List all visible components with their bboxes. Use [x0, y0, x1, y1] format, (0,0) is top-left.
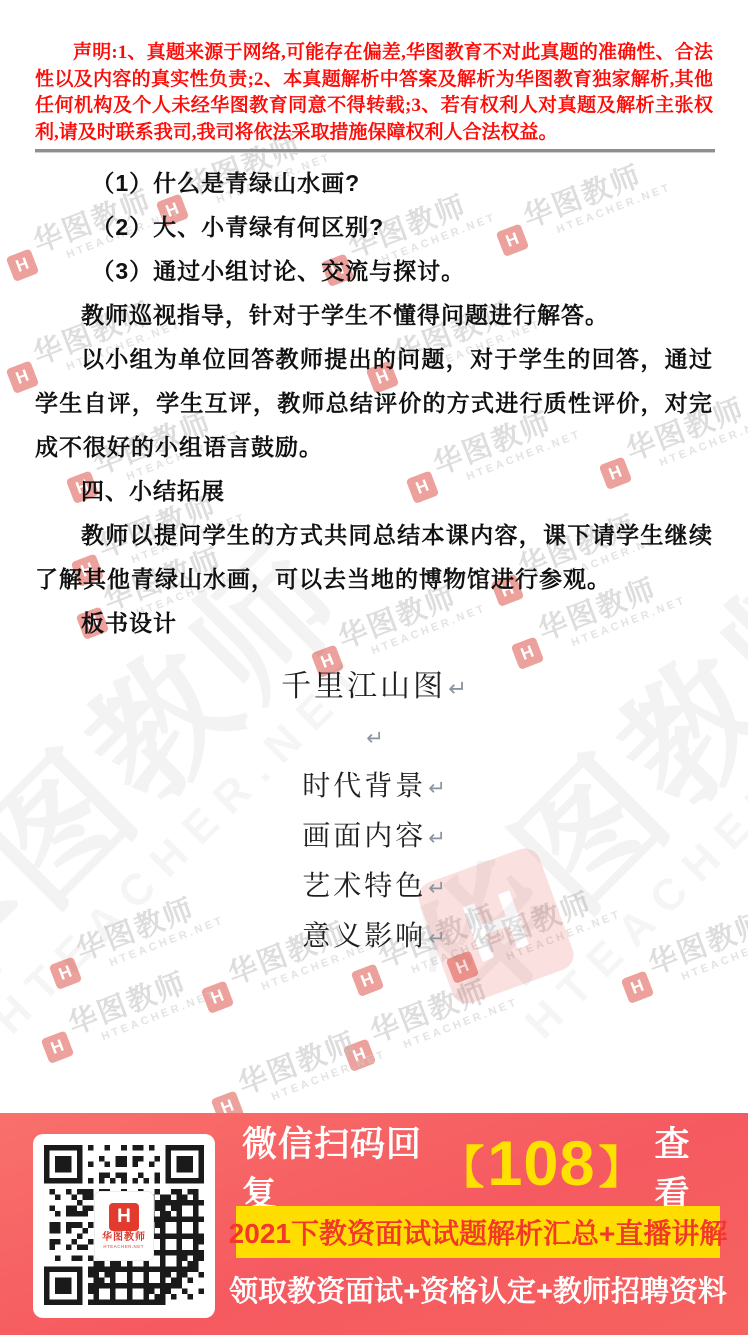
watermark-brand: 华图教师 — [235, 1020, 384, 1100]
board-blank-line: ↵ — [0, 712, 748, 762]
return-mark-icon: ↵ — [428, 776, 446, 800]
board-item: 意义影响↵ — [0, 912, 748, 962]
watermark-site: HTEACHER.NET — [270, 1049, 388, 1103]
return-mark-icon: ↵ — [428, 926, 446, 950]
document-page: H华图教师HTEACHER.NETH华图教师HTEACHER.NETH华图教师H… — [0, 0, 748, 1335]
board-item: 时代背景↵ — [0, 762, 748, 812]
view-text: 查看 — [655, 1117, 720, 1217]
return-mark-icon: ↵ — [366, 726, 384, 750]
watermark-site: HTEACHER.NET — [100, 989, 218, 1043]
watermark-site: HTEACHER.NET — [402, 997, 520, 1051]
blackboard-design: 千里江山图↵ ↵ 时代背景↵ 画面内容↵ 艺术特色↵ 意义影响↵ — [0, 662, 748, 962]
return-mark-icon: ↵ — [428, 826, 446, 850]
watermark: H华图教师HTEACHER.NET — [337, 968, 520, 1072]
board-item-text: 艺术特色 — [302, 871, 426, 902]
banner-line-1: 微信扫码回复 【 108 】 查看 — [242, 1135, 720, 1199]
return-mark-icon: ↵ — [448, 676, 467, 702]
section-divider — [35, 149, 715, 153]
watermark: H华图教师HTEACHER.NET — [205, 1020, 388, 1124]
board-item-text: 意义影响 — [302, 921, 426, 952]
bracket-open: 【 — [439, 1145, 484, 1190]
watermark-logo-icon: H — [621, 970, 655, 1004]
watermark-logo-icon: H — [351, 963, 385, 997]
watermark: H华图教师HTEACHER.NET — [35, 960, 218, 1064]
board-title: 千里江山图↵ — [0, 662, 748, 712]
bracket-close: 】 — [599, 1145, 644, 1190]
huatu-logo-icon: H — [109, 1203, 139, 1231]
question-item-3: （3）通过小组讨论、交流与探讨。 — [35, 249, 713, 293]
qr-center-badge: H 华图教师 HTEACHER.NET — [94, 1191, 154, 1261]
board-item: 艺术特色↵ — [0, 862, 748, 912]
paragraph-guidance: 教师巡视指导，针对于学生不懂得问题进行解答。 — [35, 293, 713, 337]
disclaimer-body: 1、真题来源于网络,可能存在偏差,华图教育不对此真题的准确性、合法性以及内容的真… — [35, 42, 713, 143]
question-item-2: （2）大、小青绿有何区别? — [35, 205, 713, 249]
lesson-content: （1）什么是青绿山水画? （2）大、小青绿有何区别? （3）通过小组讨论、交流与… — [35, 161, 713, 645]
watermark-logo-icon: H — [201, 980, 235, 1014]
watermark-brand: 华图教师 — [65, 960, 214, 1040]
question-item-1: （1）什么是青绿山水画? — [35, 161, 713, 205]
paragraph-summary: 教师以提问学生的方式共同总结本课内容，课下请学生继续了解其他青绿山水画，可以去当… — [35, 513, 713, 601]
qr-badge-brand: 华图教师 — [102, 1233, 146, 1243]
board-item: 画面内容↵ — [0, 812, 748, 862]
board-item-text: 画面内容 — [302, 821, 426, 852]
disclaimer-text: 声明:1、真题来源于网络,可能存在偏差,华图教育不对此真题的准确性、合法性以及内… — [35, 40, 713, 146]
watermark-brand: 华图教师 — [367, 968, 516, 1048]
banner-text-block: 微信扫码回复 【 108 】 查看 2021下教资面试试题解析汇总+直播讲解 领… — [236, 1113, 720, 1335]
scan-text: 微信扫码回复 — [242, 1117, 438, 1217]
qr-badge-site: HTEACHER.NET — [104, 1245, 145, 1250]
banner-line-3: 领取教资面试+资格认定+教师招聘资料 — [236, 1264, 720, 1314]
reply-number: 108 — [487, 1133, 595, 1196]
banner-highlight-band: 2021下教资面试试题解析汇总+直播讲解 — [236, 1206, 720, 1258]
paragraph-evaluation: 以小组为单位回答教师提出的问题，对于学生的回答，通过学生自评，学生互评，教师总结… — [35, 337, 713, 469]
heading-board-design: 板书设计 — [35, 601, 713, 645]
board-title-text: 千里江山图 — [281, 670, 446, 703]
promo-banner: H 华图教师 HTEACHER.NET 微信扫码回复 【 108 】 查看 20… — [0, 1113, 748, 1335]
disclaimer-label: 声明: — [73, 42, 118, 63]
heading-summary: 四、小结拓展 — [35, 469, 713, 513]
qr-card: H 华图教师 HTEACHER.NET — [33, 1134, 215, 1318]
watermark-logo-icon: H — [343, 1038, 377, 1072]
board-item-text: 时代背景 — [302, 771, 426, 802]
watermark-logo-icon: H — [41, 1030, 75, 1064]
return-mark-icon: ↵ — [428, 876, 446, 900]
